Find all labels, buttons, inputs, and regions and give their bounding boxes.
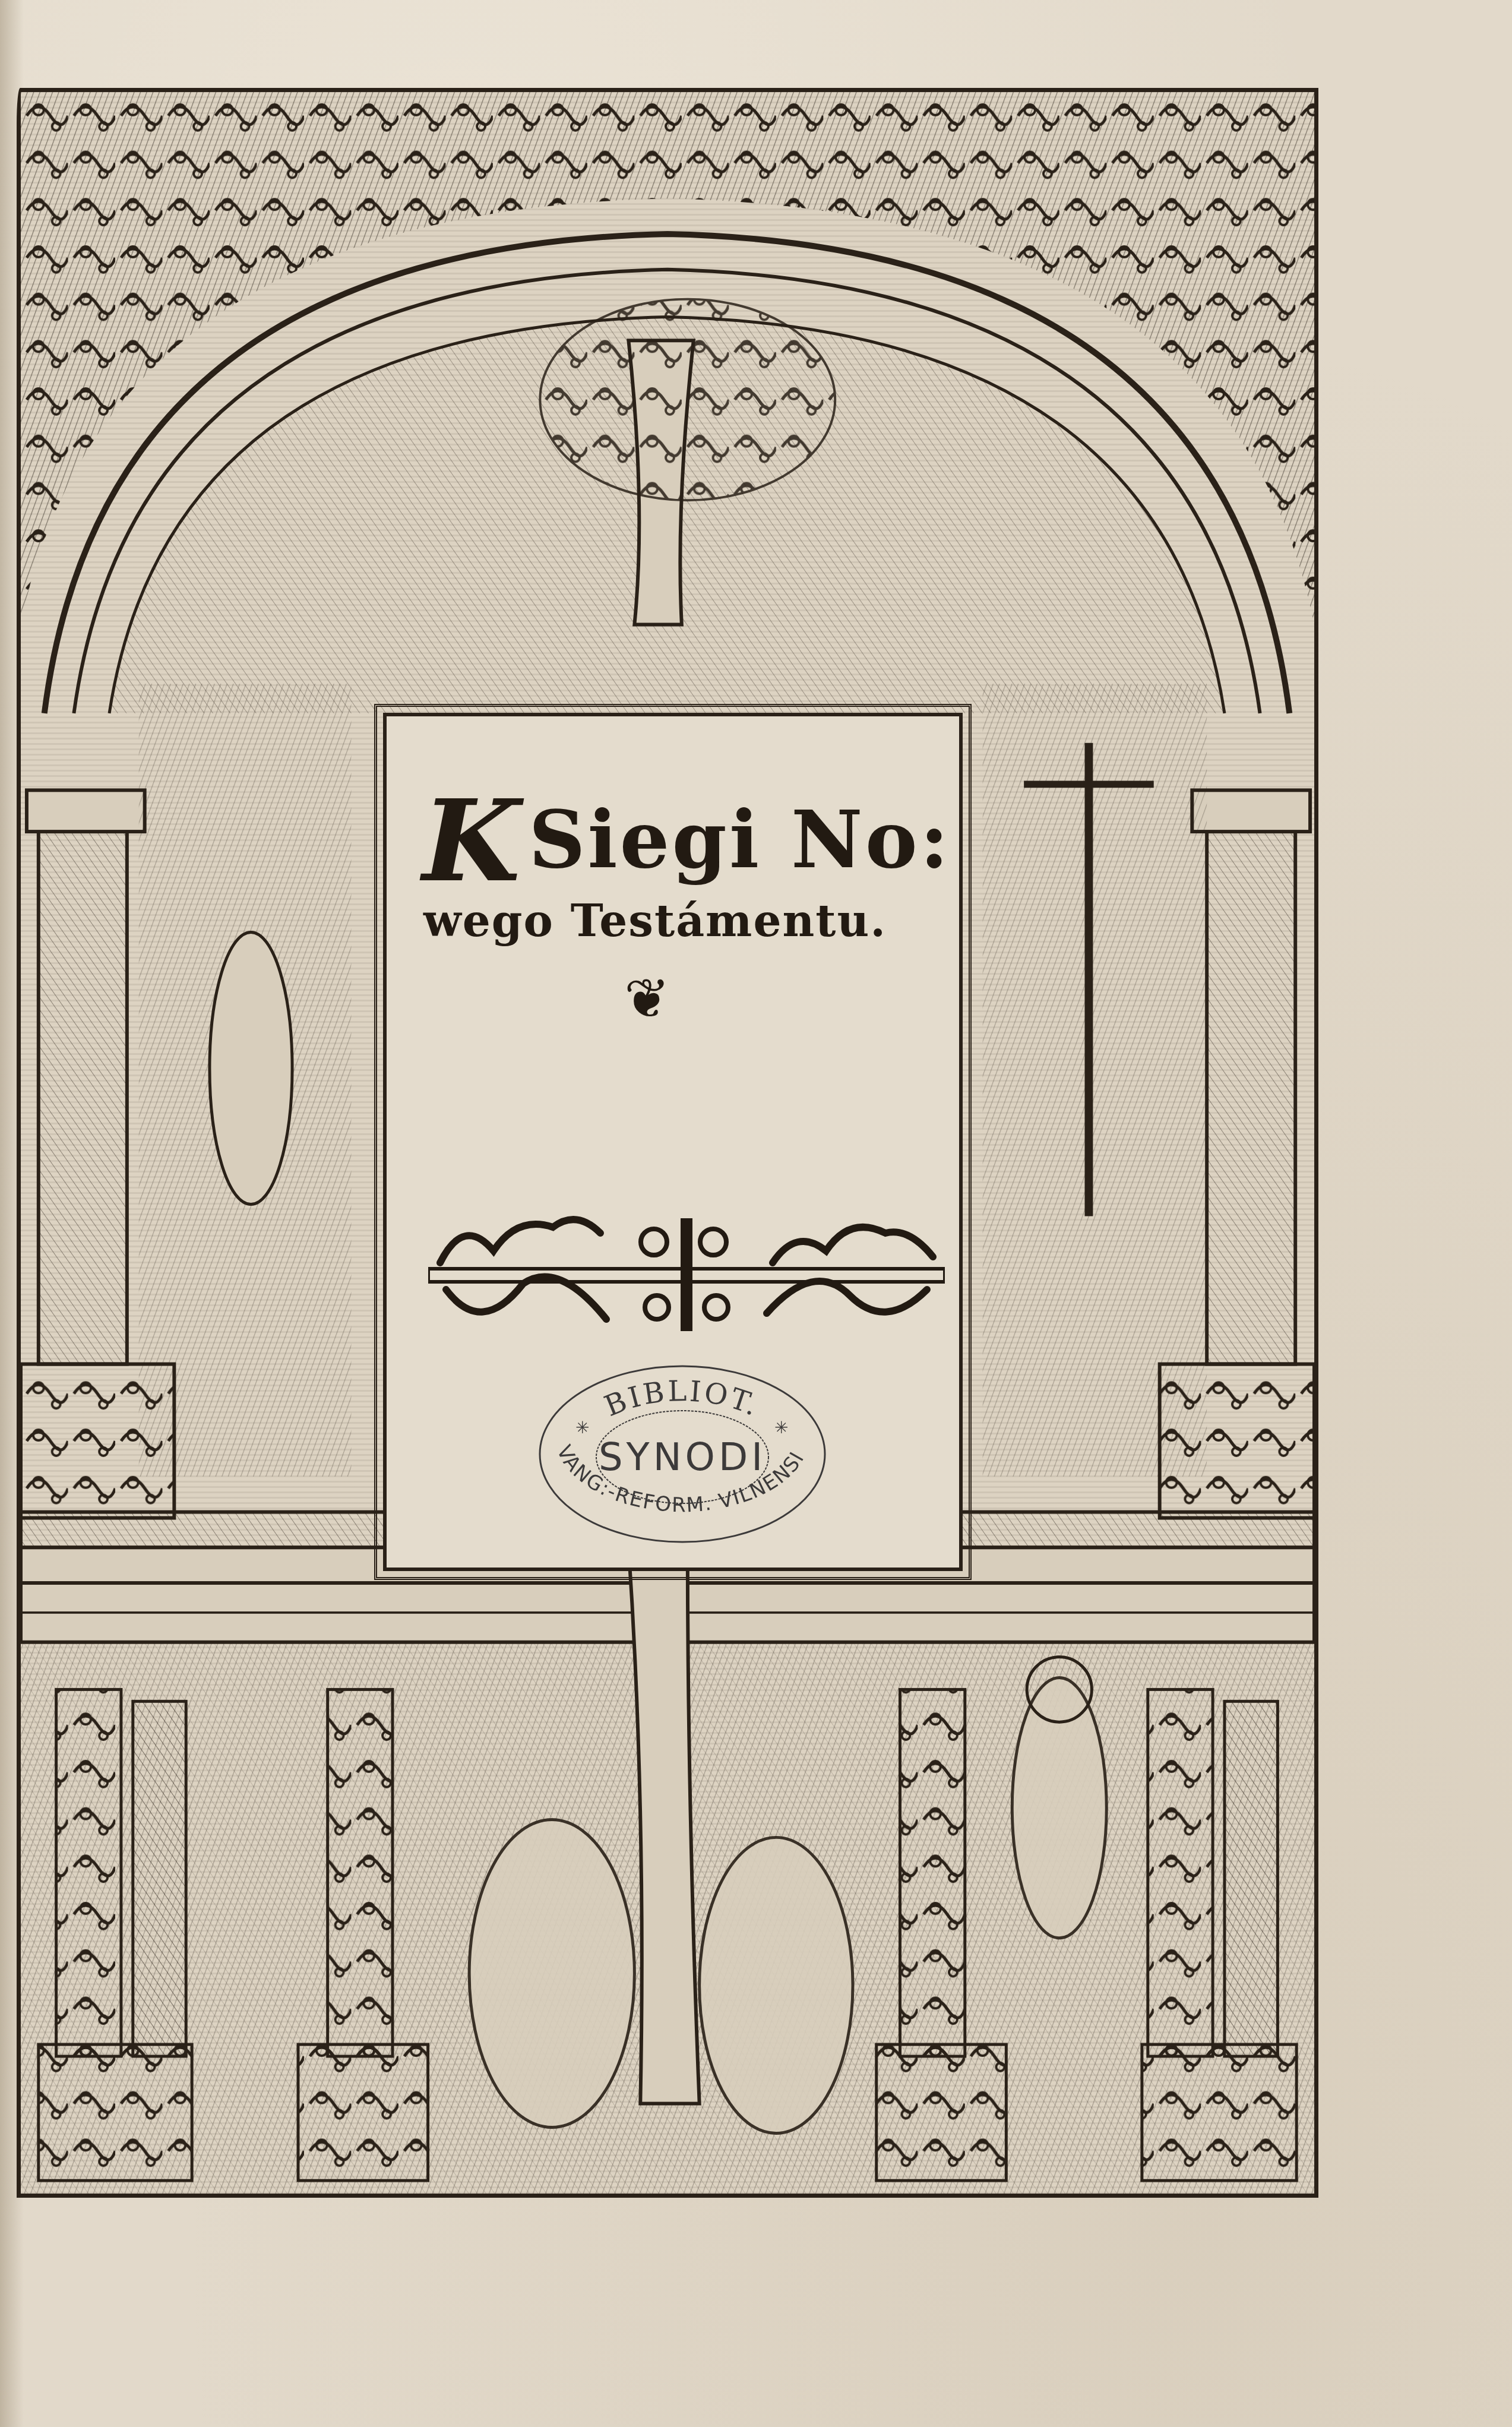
woodcut-border-frame: KSiegi No: wego Testámentu. ❦ (17, 88, 1318, 2198)
stamp-center-text: SYNODI (599, 1436, 766, 1480)
title-panel: KSiegi No: wego Testámentu. ❦ (383, 713, 963, 1571)
stamp-star-left-icon: ✳ (575, 1418, 589, 1437)
title-initial: K (422, 775, 523, 907)
stamp-star-right-icon: ✳ (774, 1418, 788, 1437)
title-line-2: wego Testámentu. (423, 896, 946, 947)
adam-eve-figures (210, 932, 292, 1204)
fleuron-icon: ❦ (624, 972, 670, 1026)
stamp-top-text: BIBLIOT. (600, 1374, 766, 1423)
title-line-1: KSiegi No: (422, 785, 945, 898)
library-stamp: BIBLIOT. EVANG:-REFORM. VILNENSIS. SYNOD… (534, 1362, 831, 1546)
ornamental-band (428, 1206, 945, 1340)
svg-text:BIBLIOT.: BIBLIOT. (600, 1374, 766, 1423)
title-line-1-text: Siegi No: (529, 794, 951, 886)
